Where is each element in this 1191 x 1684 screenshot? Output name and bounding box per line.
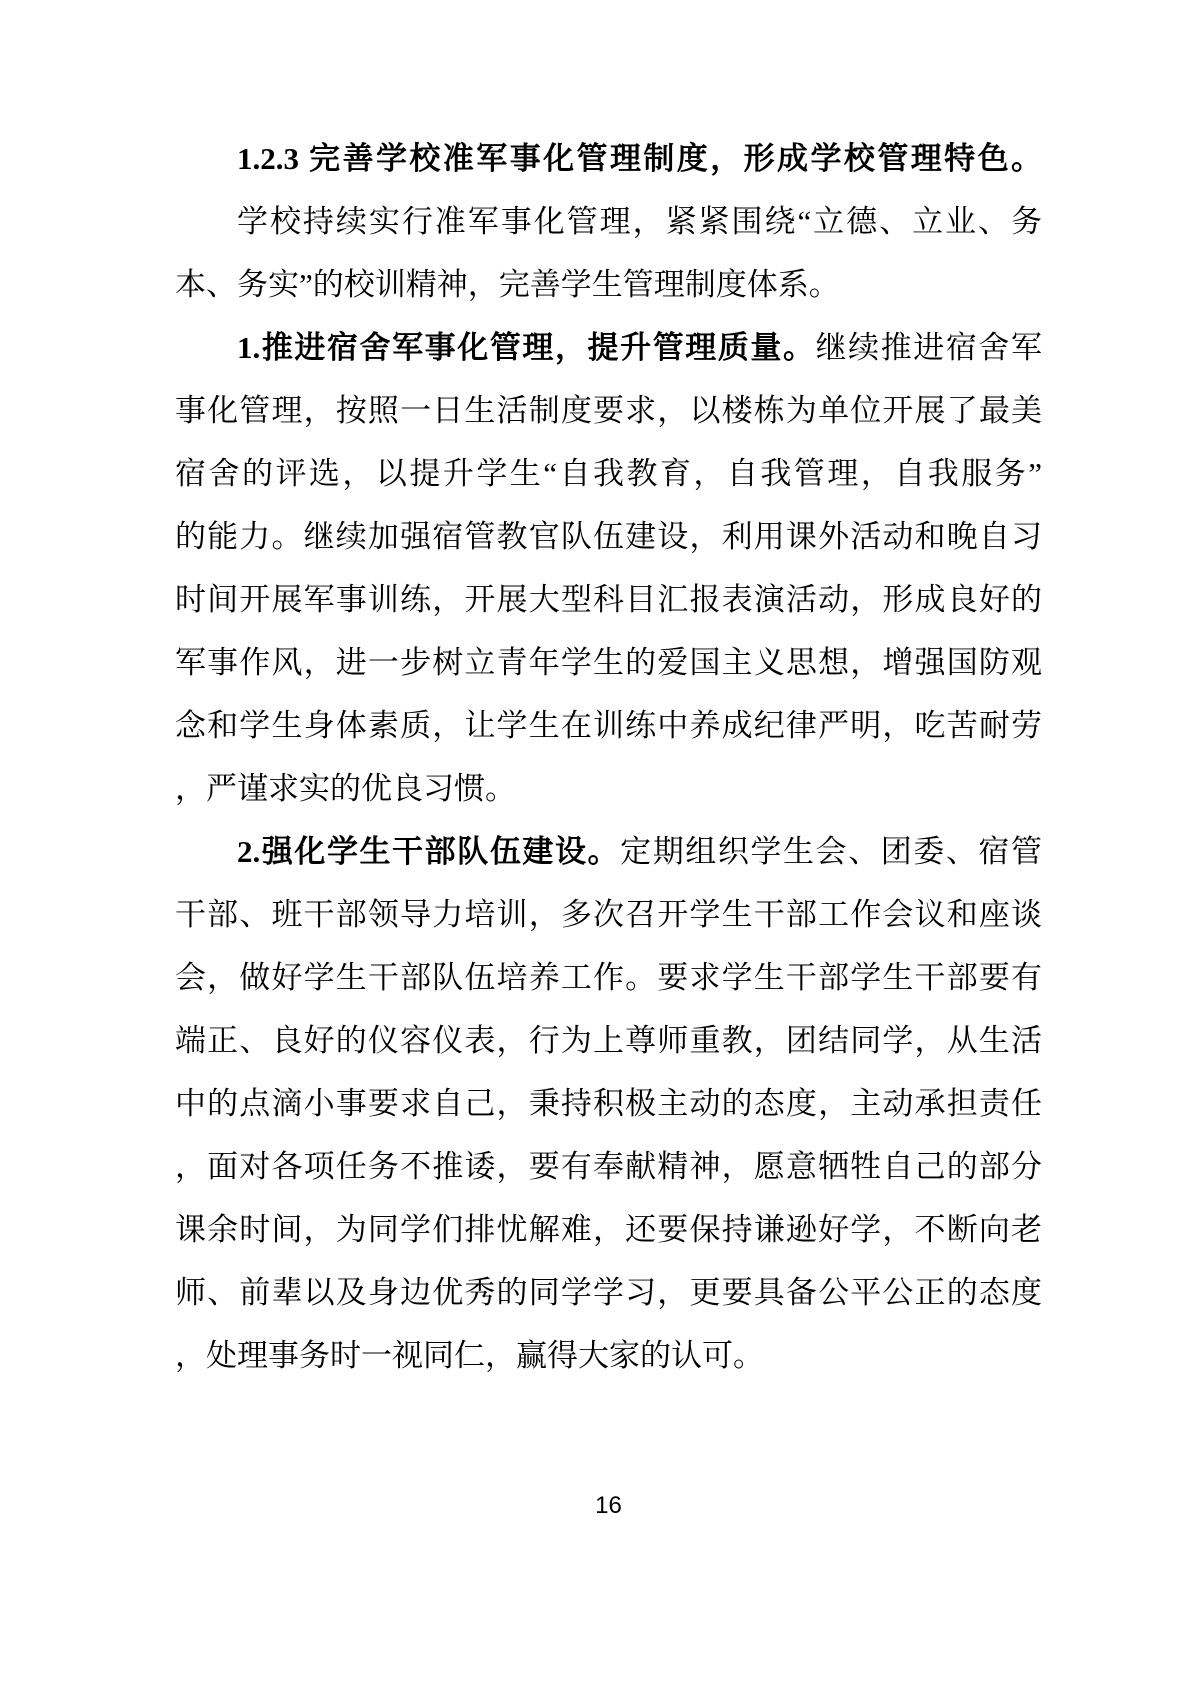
bold-text-segment: 2.强化学生干部队伍建设。: [237, 834, 620, 869]
bold-text-segment: 1.2.3 完善学校准军事化管理制度，形成学校管理特色。: [237, 141, 1042, 176]
text-segment: 本、务实”的校训精神，完善学生管理制度体系。: [175, 267, 840, 302]
text-segment: 端正、良好的仪容仪表，行为上尊师重教，团结同学，从生活: [175, 1023, 1042, 1058]
text-line: 学校持续实行准军事化管理，紧紧围绕“立德、立业、务: [175, 190, 1042, 253]
text-line: 本、务实”的校训精神，完善学生管理制度体系。: [175, 253, 1042, 316]
text-segment: 中的点滴小事要求自己，秉持积极主动的态度，主动承担责任: [175, 1086, 1042, 1121]
document-page: 1.2.3 完善学校准军事化管理制度，形成学校管理特色。学校持续实行准军事化管理…: [0, 0, 1191, 1684]
text-segment: 的能力。继续加强宿管教官队伍建设，利用课外活动和晚自习: [175, 519, 1042, 554]
section-heading: 1.2.3 完善学校准军事化管理制度，形成学校管理特色。: [175, 127, 1042, 190]
text-line: 会，做好学生干部队伍培养工作。要求学生干部学生干部要有: [175, 946, 1042, 1009]
text-line: 中的点滴小事要求自己，秉持积极主动的态度，主动承担责任: [175, 1072, 1042, 1135]
text-segment: 念和学生身体素质，让学生在训练中养成纪律严明，吃苦耐劳: [175, 708, 1042, 743]
text-line: 课余时间，为同学们排忧解难，还要保持谦逊好学，不断向老: [175, 1198, 1042, 1261]
text-line: ，处理事务时一视同仁，赢得大家的认可。: [175, 1324, 1042, 1387]
text-line: 2.强化学生干部队伍建设。定期组织学生会、团委、宿管: [175, 820, 1042, 883]
text-segment: 干部、班干部领导力培训，多次召开学生干部工作会议和座谈: [175, 897, 1042, 932]
text-line: 事化管理，按照一日生活制度要求，以楼栋为单位开展了最美: [175, 379, 1042, 442]
text-line: 干部、班干部领导力培训，多次召开学生干部工作会议和座谈: [175, 883, 1042, 946]
text-segment: 会，做好学生干部队伍培养工作。要求学生干部学生干部要有: [175, 960, 1042, 995]
text-segment: ，严谨求实的优良习惯。: [175, 771, 516, 806]
text-segment: ，面对各项任务不推诿，要有奉献精神，愿意牺牲自己的部分: [175, 1149, 1042, 1184]
text-line: ，严谨求实的优良习惯。: [175, 757, 1042, 820]
text-segment: 宿舍的评选，以提升学生“自我教育，自我管理，自我服务”: [175, 456, 1042, 491]
text-segment: 学校持续实行准军事化管理，紧紧围绕“立德、立业、务: [237, 204, 1042, 239]
text-segment: 继续推进宿舍军: [816, 330, 1042, 365]
text-line: 的能力。继续加强宿管教官队伍建设，利用课外活动和晚自习: [175, 505, 1042, 568]
page-number: 16: [175, 1492, 1042, 1520]
text-line: 师、前辈以及身边优秀的同学学习，更要具备公平公正的态度: [175, 1261, 1042, 1324]
text-segment: 军事作风，进一步树立青年学生的爱国主义思想，增强国防观: [175, 645, 1042, 680]
text-line: 端正、良好的仪容仪表，行为上尊师重教，团结同学，从生活: [175, 1009, 1042, 1072]
text-segment: 事化管理，按照一日生活制度要求，以楼栋为单位开展了最美: [175, 393, 1042, 428]
text-segment: 师、前辈以及身边优秀的同学学习，更要具备公平公正的态度: [175, 1275, 1042, 1310]
document-body: 1.2.3 完善学校准军事化管理制度，形成学校管理特色。学校持续实行准军事化管理…: [175, 127, 1042, 1387]
text-line: 1.推进宿舍军事化管理，提升管理质量。继续推进宿舍军: [175, 316, 1042, 379]
text-line: 宿舍的评选，以提升学生“自我教育，自我管理，自我服务”: [175, 442, 1042, 505]
text-segment: 时间开展军事训练，开展大型科目汇报表演活动，形成良好的: [175, 582, 1042, 617]
text-segment: ，处理事务时一视同仁，赢得大家的认可。: [175, 1338, 764, 1373]
text-segment: 定期组织学生会、团委、宿管: [620, 834, 1042, 869]
text-line: 念和学生身体素质，让学生在训练中养成纪律严明，吃苦耐劳: [175, 694, 1042, 757]
text-segment: 课余时间，为同学们排忧解难，还要保持谦逊好学，不断向老: [175, 1212, 1042, 1247]
text-line: 时间开展军事训练，开展大型科目汇报表演活动，形成良好的: [175, 568, 1042, 631]
text-line: ，面对各项任务不推诿，要有奉献精神，愿意牺牲自己的部分: [175, 1135, 1042, 1198]
text-line: 军事作风，进一步树立青年学生的爱国主义思想，增强国防观: [175, 631, 1042, 694]
bold-text-segment: 1.推进宿舍军事化管理，提升管理质量。: [237, 330, 816, 365]
